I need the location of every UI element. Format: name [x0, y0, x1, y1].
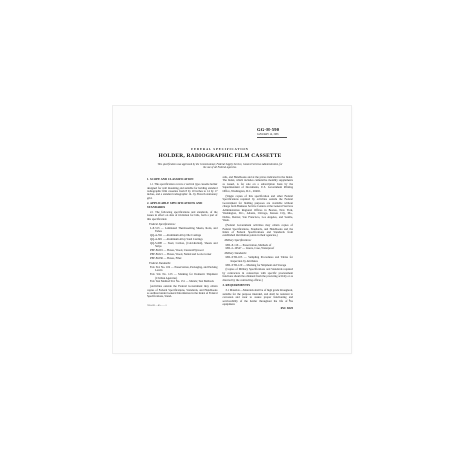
page-number: 1	[289, 299, 290, 302]
right-column: ards, and Handbooks and at the prices in…	[223, 176, 294, 307]
list-item: PPP-B-636 — Boxes, Fiber	[147, 257, 218, 260]
spec-number-block: GG-H-590 JANUARY 14, 1965	[257, 127, 301, 138]
section-heading-applicable: 2. APPLICABLE SPECIFICATIONS AND STANDAR…	[147, 202, 218, 209]
scanned-document-page: GG-H-590 JANUARY 14, 1965 FEDERAL SPECIF…	[113, 106, 351, 353]
header-rule	[257, 137, 287, 138]
paragraph-activities-note-continued: ards, and Handbooks and at the prices in…	[223, 176, 294, 193]
section-heading-requirements: 3. REQUIREMENTS	[223, 284, 294, 287]
page-title: HOLDER, RADIOGRAPHIC FILM CASSETTE	[133, 153, 307, 159]
military-specs-list: MIL-P-116 — Preservation, Methods of MIL…	[223, 244, 294, 251]
paragraph-military-copies: (Copies of Military Specifications and S…	[223, 268, 294, 282]
federal-stds-list: Fed. Std. No. 102 — Preservation, Packag…	[147, 266, 218, 284]
paragraph-federal-activities: (Federal Government activities may obtai…	[223, 224, 294, 238]
list-item: MIL-L-10547 — Liners, Case, Waterproof	[223, 247, 294, 250]
paragraph-scope: 1.1 This specification covers a vertical…	[147, 183, 218, 200]
paragraph-single-copies: (Single copies of this specification and…	[223, 195, 294, 223]
spec-date: JANUARY 14, 1965	[257, 133, 301, 136]
section-heading-scope: 1. SCOPE AND CLASSIFICATION	[147, 178, 218, 181]
print-code: 765-021—65——1	[147, 304, 167, 307]
federal-specs-list: L-P-513 — Laminated Thermosetting Sheets…	[147, 227, 218, 260]
paragraph-applicable: 2.1 The following specifications and sta…	[147, 211, 218, 221]
paragraph-material: 3.1 Material.—Materials shall be of high…	[223, 289, 294, 306]
military-stds-list: MIL-STD-105 — Sampling Procedures and Ta…	[223, 256, 294, 267]
two-column-body: 1. SCOPE AND CLASSIFICATION 1.1 This spe…	[147, 176, 293, 307]
paragraph-activities-note: (Activities outside the Federal Governme…	[147, 285, 218, 299]
spec-number: GG-H-590	[257, 127, 301, 132]
left-column: 1. SCOPE AND CLASSIFICATION 1.1 This spe…	[147, 176, 218, 307]
fsc-code: FSC 6525	[281, 306, 293, 310]
document-type-heading: FEDERAL SPECIFICATION	[147, 147, 293, 151]
approval-note: This specification was approved by the C…	[157, 163, 283, 170]
